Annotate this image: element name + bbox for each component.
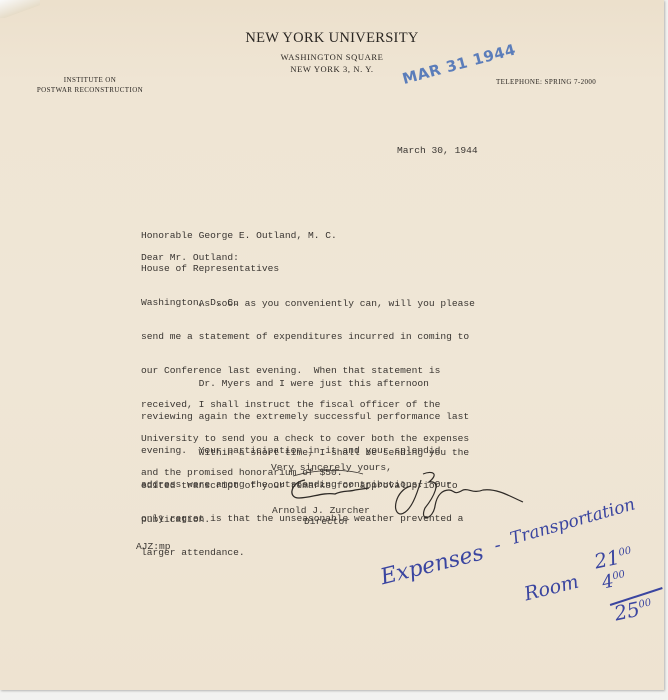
paragraph-line: As soon as you conveniently can, will yo… (141, 298, 475, 309)
letter-page: NEW YORK UNIVERSITY WASHINGTON SQUARE NE… (0, 0, 664, 690)
salutation: Dear Mr. Outland: (141, 252, 239, 263)
department-line2: POSTWAR RECONSTRUCTION (30, 85, 150, 95)
folded-corner (0, 0, 40, 18)
recipient-line: House of Representatives (141, 263, 337, 274)
reference-initials: AJZ:mp (136, 541, 171, 552)
total-cents: 00 (638, 597, 653, 610)
note-room-amount: 400 (600, 568, 628, 594)
paragraph-line: reviewing again the extremely successful… (141, 411, 469, 422)
paragraph-line: send me a statement of expenditures incu… (141, 331, 475, 342)
letterhead-address-line2: NEW YORK 3, N. Y. (0, 64, 664, 74)
letterhead-telephone: TELEPHONE: SPRING 7-2000 (496, 78, 596, 86)
amount-cents: 00 (611, 569, 626, 582)
paragraph-line: Within a short time, I shall be sending … (141, 447, 469, 458)
letterhead-address-line1: WASHINGTON SQUARE (0, 52, 664, 62)
paragraph-line: Dr. Myers and I were just this afternoon (141, 378, 469, 389)
letter-date: March 30, 1944 (397, 145, 478, 156)
letterhead-department: INSTITUTE ON POSTWAR RECONSTRUCTION (30, 75, 150, 95)
letterhead-institution: NEW YORK UNIVERSITY (0, 30, 664, 47)
recipient-line: Honorable George E. Outland, M. C. (141, 230, 337, 241)
signer-title: Director (304, 516, 350, 527)
note-dash: - (492, 535, 503, 557)
note-transport-amount: 2100 (592, 542, 634, 573)
signer-name: Arnold J. Zurcher (272, 505, 370, 516)
note-room: Room (522, 571, 581, 606)
note-total: 2500 (612, 594, 654, 625)
amount-cents: 00 (618, 545, 633, 558)
department-line1: INSTITUTE ON (30, 75, 150, 85)
